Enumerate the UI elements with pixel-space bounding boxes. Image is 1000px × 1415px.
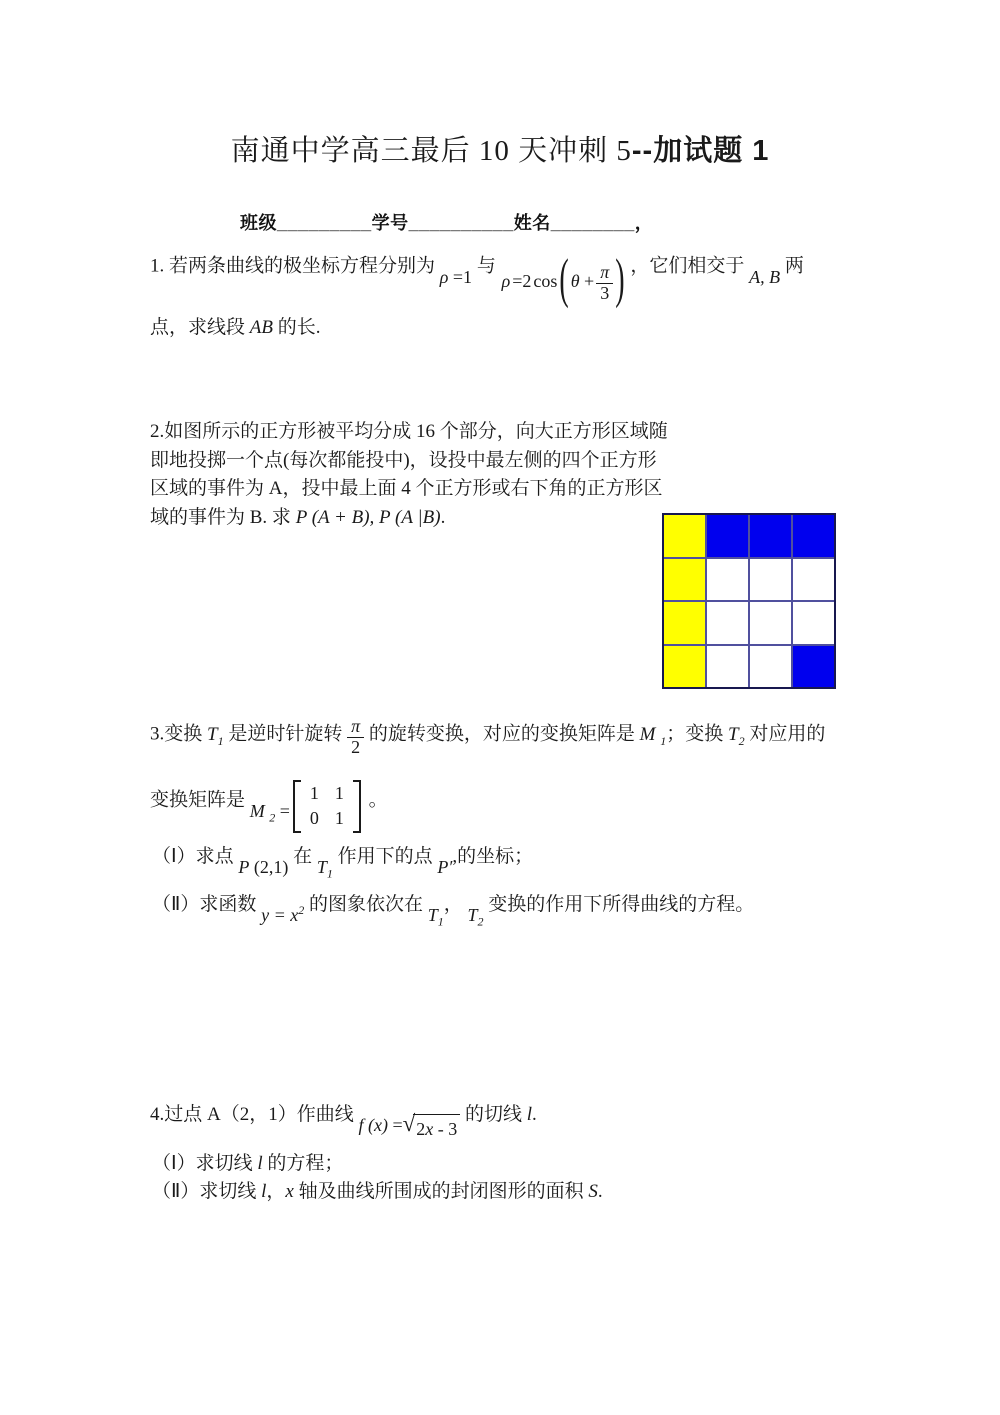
q4-part1-pre: （Ⅰ）求切线 [152,1153,257,1174]
q3-part2-t2: T2 [468,905,484,925]
q3-matrix-m2-symbol: M 2 = [250,801,290,821]
grid-cell [707,559,748,601]
q4-area-s: S [588,1181,598,1202]
question-4-part-2: （Ⅱ）求切线 l，x 轴及曲线所围成的封闭图形的面积 S. [152,1179,603,1205]
q3-transform-t1: T1 [207,724,224,745]
q3-part1-mid2: 作用下的点 [333,846,438,867]
q2-line4-post: . [441,507,446,528]
grid-cell [750,559,791,601]
q3-line2-end: 。 [369,790,388,811]
q4-period: . [532,1104,537,1125]
question-4-line-1: 4.过点 A（2，1）作曲线 f (x) =√2x - 3 的切线 l. [150,1101,537,1131]
q1-conjunction: 与 [477,256,496,277]
q4-lead-text: 4.过点 A（2，1）作曲线 [150,1104,358,1125]
q1-equation-rho1: ρ =1 [440,267,472,287]
grid-cell [707,602,748,644]
q1-segment-ab: AB [250,317,273,338]
q4-part2-post: 轴及曲线所围成的封闭图形的面积 [294,1181,589,1202]
grid-cell [707,515,748,557]
q1-after-text: ，它们相交于 [630,256,744,277]
grid-cell [664,515,705,557]
q3-part2-t1: T1 [428,905,444,925]
q2-line4-pre: 域的事件为 B. 求 [150,507,296,528]
grid-cell [707,646,748,688]
probability-grid-figure [662,513,836,689]
q3-function-y-x2: y = x2 [261,905,304,925]
q3-part1-pre: （Ⅰ）求点 [152,846,238,867]
grid-cell [750,602,791,644]
q3-matrix-m1-symbol: M 1 [640,724,667,745]
grid-cell [664,602,705,644]
q4-part2-x: x [285,1181,293,1202]
q1-line2-post: 的长. [273,317,321,338]
question-3-part-1: （Ⅰ）求点 P (2,1) 在 T1 作用下的点 P′,的坐标； [152,843,533,870]
q1-equation-rho2: ρ=2cos(θ +π3) [501,261,626,302]
q4-function-expression: f (x) =√2x - 3 [358,1115,460,1135]
q3-mid1-text: 是逆时针旋转 [224,724,343,745]
page-title: 南通中学高三最后 10 天冲刺 5--加试题 1 [0,134,1000,168]
q3-point-p-prime: P′ [437,857,452,877]
q1-line2-pre: 点，求线段 [150,317,250,338]
q4-part2-end: . [598,1181,603,1202]
q2-probability-expression: P (A + B), P (A |B) [296,507,441,528]
question-3-line-2: 变换矩阵是 M 2 =1101 。 [150,775,388,828]
q3-part2-pre: （Ⅱ）求函数 [152,894,261,915]
question-2: 2.如图所示的正方形被平均分成 16 个部分，向大正方形区域随 即地投掷一个点(… [150,419,668,533]
q1-points-ab: A, B [749,267,780,287]
q4-part1-post: 的方程； [263,1153,344,1174]
matrix-bracket-left [293,780,301,833]
q3-tail-text: 对应用的 [745,724,826,745]
grid-cell [750,515,791,557]
page-title-bold: --加试题 1 [632,135,770,167]
question-3-part-2: （Ⅱ）求函数 y = x2 的图象依次在 T1， T2 变换的作用下所得曲线的方… [152,891,754,918]
q3-point-p: P (2,1) [238,857,288,877]
question-3-line-1: 3.变换 T1 是逆时针旋转 π2 的旋转变换，对应的变换矩阵是 M 1；变换 … [150,715,825,756]
q3-transform-t2: T2 [728,724,745,745]
q2-line-3: 区域的事件为 A，投中最上面 4 个正方形或右下角的正方形区 [150,476,668,505]
grid-cell [793,646,834,688]
page-title-regular: 南通中学高三最后 10 天冲刺 5 [231,135,632,167]
q2-line-1: 2.如图所示的正方形被平均分成 16 个部分，向大正方形区域随 [150,419,668,448]
test-paper-page: 南通中学高三最后 10 天冲刺 5--加试题 1 班级_________学号__… [0,0,1000,1415]
q3-mid2-text: 的旋转变换，对应的变换矩阵是 [369,724,640,745]
q2-line-2: 即地投掷一个点(每次都能投中)，设投中最左侧的四个正方形 [150,448,668,477]
q3-part1-post: ,的坐标； [452,846,533,867]
matrix-bracket-right [353,780,361,833]
grid-cell [750,646,791,688]
q4-after-text: 的切线 [460,1104,527,1125]
q3-part1-t1: T1 [317,857,333,877]
q2-line-4: 域的事件为 B. 求 P (A + B), P (A |B). [150,505,668,534]
grid-cell [793,559,834,601]
q1-lead-text: 1. 若两条曲线的极坐标方程分别为 [150,256,435,277]
question-4-part-1: （Ⅰ）求切线 l 的方程； [152,1151,343,1177]
q4-part2-comma: ， [266,1181,285,1202]
q3-part1-mid: 在 [288,846,317,867]
grid-cell [664,559,705,601]
grid-cell [664,646,705,688]
grid-cell [793,515,834,557]
matrix-m2: 1101 [293,780,361,833]
matrix-entries: 1101 [301,780,353,833]
question-1-line-1: 1. 若两条曲线的极坐标方程分别为 ρ =1 与 ρ=2cos(θ +π3) ，… [150,247,804,288]
q3-lead-text: 3.变换 [150,724,207,745]
q3-semicolon-text: ；变换 [666,724,728,745]
grid-cell [793,602,834,644]
sqrt-radicand: 2x - 3 [413,1114,460,1142]
q3-part2-comma: ， [444,894,463,915]
q3-part2-mid: 的图象依次在 [304,894,428,915]
question-1-line-2: 点，求线段 AB 的长. [150,315,321,341]
sqrt-expression: √2x - 3 [403,1114,461,1142]
q3-line2-pre: 变换矩阵是 [150,790,250,811]
q4-part2-pre: （Ⅱ）求切线 [152,1181,261,1202]
student-info-line: 班级_________学号__________姓名________， [240,209,653,235]
fraction-pi-over-2: π2 [347,717,364,758]
fraction-pi-over-3: π3 [596,263,613,304]
q3-part2-post: 变换的作用下所得曲线的方程。 [484,894,755,915]
q1-tail-text: 两 [785,256,804,277]
